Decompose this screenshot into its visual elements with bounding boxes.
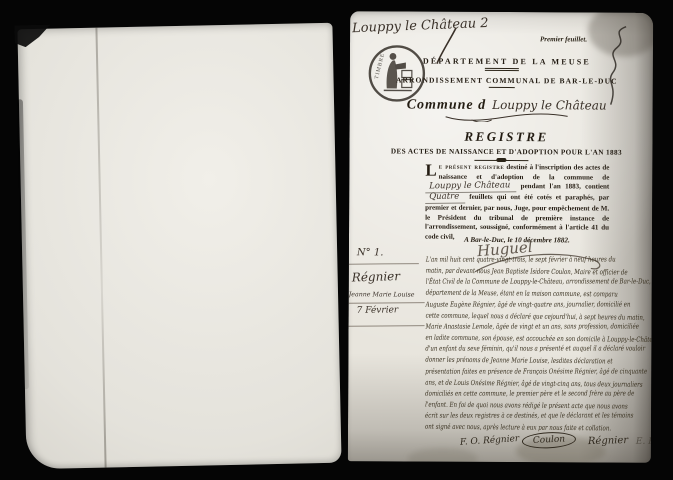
commune-underline-flourish <box>442 112 572 123</box>
margin-rule <box>349 263 419 265</box>
act-line: L'an mil huit cent quatre-vingt-trois, l… <box>426 255 602 266</box>
arrondissement-heading: ARRONDISSEMENT COMMUNAL DE BAR-LE-DUC <box>364 75 650 85</box>
act-line: l'État Civil de la Commune de Louppy-le-… <box>426 277 602 288</box>
commune-printed-label: Commune d <box>407 98 486 113</box>
act-line: écrit sur les deux registres à ce destin… <box>425 411 601 422</box>
act-line: Auguste Eugène Régnier, âgé de vingt-qua… <box>426 299 602 310</box>
registre-title: REGISTRE <box>363 128 649 145</box>
departement-heading: DÉPARTEMENT DE LA MEUSE <box>364 56 650 66</box>
page-crease <box>95 28 106 468</box>
commune-page-annotation: Louppy le Château 2 <box>352 16 489 36</box>
feuillets-count-handwritten: Quatre <box>425 193 465 204</box>
witness-signature-left: F. O. Régnier <box>460 434 520 448</box>
commune-handwritten-name: Louppy le Château <box>492 98 607 113</box>
witness-signature-far-right: E. R. <box>636 437 653 447</box>
register-first-sheet-page: Louppy le Château 2 Premier feuillet. TI… <box>348 11 653 463</box>
aging-blotch <box>408 448 478 463</box>
act-line: d'un enfant du sexe féminin, qu'il nous … <box>425 344 601 355</box>
premier-feuillet-label: Premier feuillet. <box>540 35 587 43</box>
heading-rule <box>484 68 518 69</box>
attestation-paragraph: Le présent registre destiné à l'inscript… <box>425 163 609 244</box>
child-given-names-margin: Jeanne Marie Louise <box>349 291 421 298</box>
act-number-margin: N° 1. <box>357 247 429 258</box>
attestation-text-2: pendant l'an 1883, contient <box>521 183 610 191</box>
registry-scan-photo: Louppy le Château 2 Premier feuillet. TI… <box>0 0 673 480</box>
commune-line: Commune d Louppy le Château <box>364 95 650 122</box>
heading-rule <box>488 87 514 88</box>
birth-act-body: L'an mil huit cent quatre-vingt-trois, l… <box>425 255 652 435</box>
act-line: Marie Anastasie Lemole, âgée de vingt et… <box>426 321 602 332</box>
act-line: domiciliés en cette commune, le premier … <box>425 388 601 399</box>
act-line: ont signé avec nous, après lecture à eux… <box>425 422 601 435</box>
act-date-margin: 7 Février <box>357 305 429 316</box>
blank-left-page <box>17 23 341 470</box>
child-surname-margin: Régnier <box>352 268 424 284</box>
torn-corner-mark <box>14 25 50 48</box>
declarant-signature: Régnier <box>588 435 628 447</box>
drop-cap: L <box>425 163 436 179</box>
act-line: présentation faites en présence de Franç… <box>425 366 601 377</box>
ornament-rule <box>474 159 528 162</box>
binding-edge-shadow <box>17 99 29 389</box>
attestation-lead: e présent registre <box>439 163 505 171</box>
margin-rule <box>349 325 425 327</box>
margin-rule <box>349 302 425 304</box>
registre-subtitle: DES ACTES DE NAISSANCE ET D'ADOPTION POU… <box>363 147 649 156</box>
